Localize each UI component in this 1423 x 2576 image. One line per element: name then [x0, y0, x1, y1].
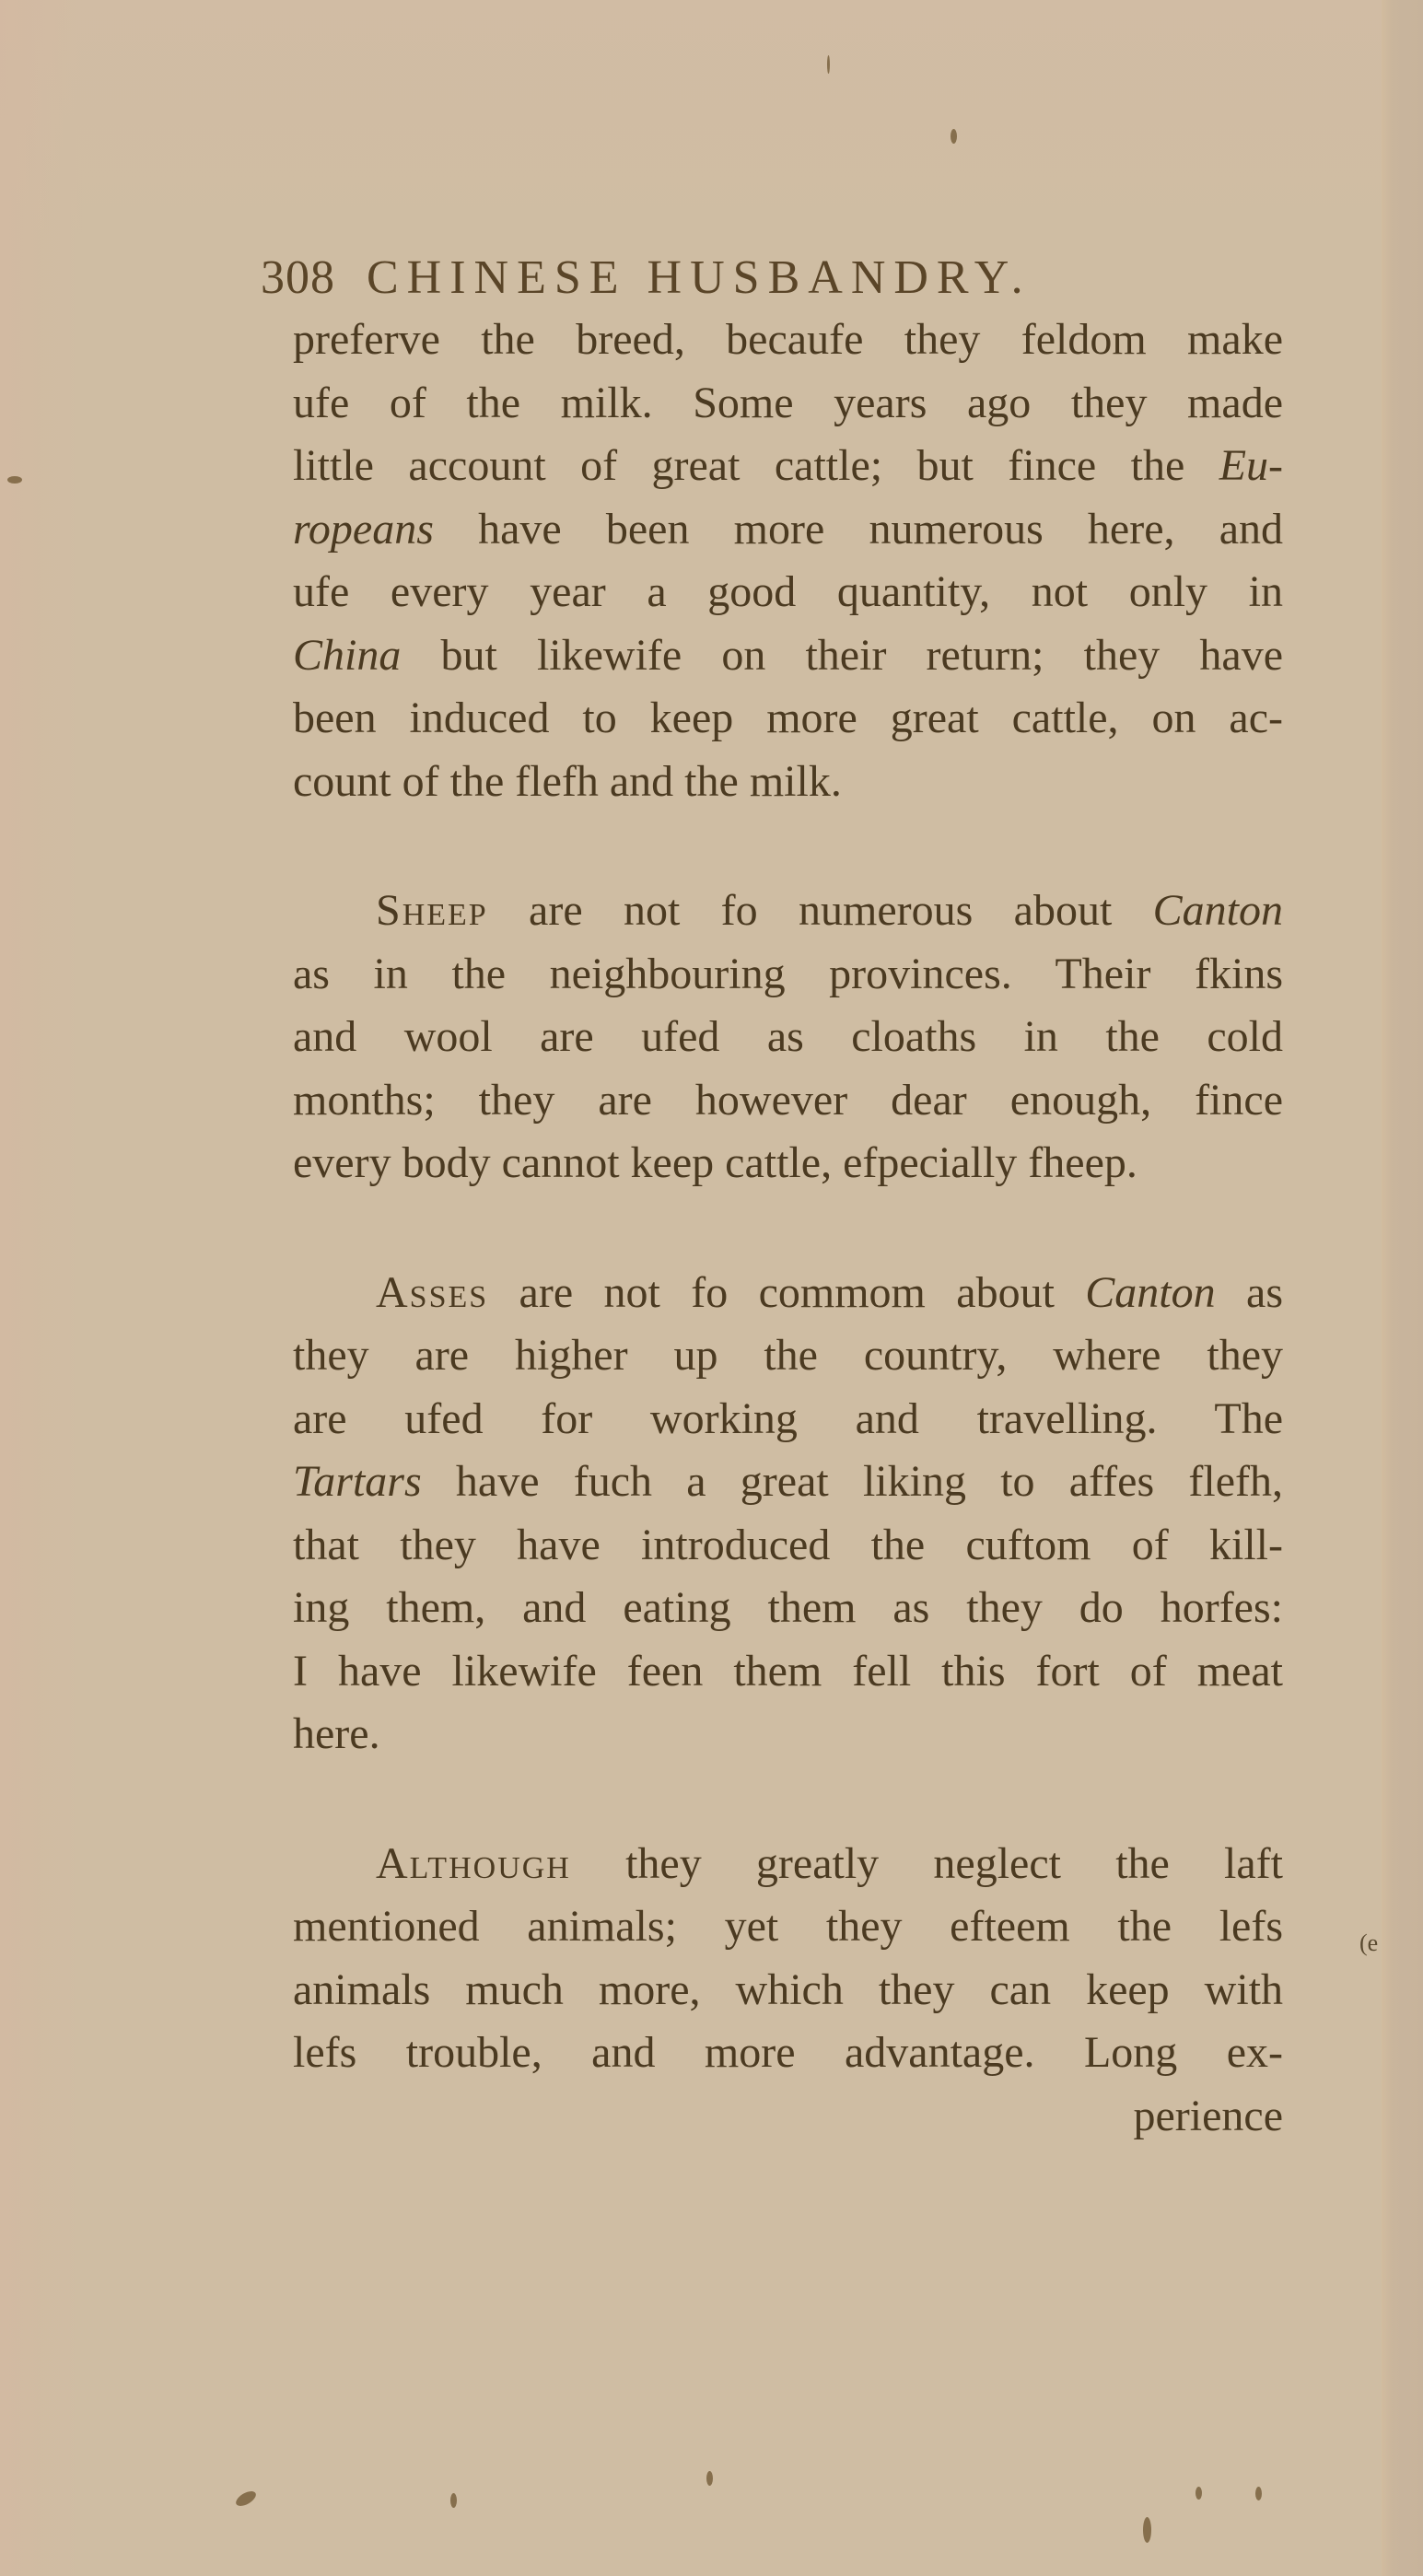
paper-speck — [234, 2489, 259, 2509]
text-line: lefs trouble, and more advantage. Long e… — [293, 2022, 1283, 2085]
text-line: little account of great cattle; but finc… — [293, 435, 1283, 498]
text-line: Sheep are not fo numerous about Canton — [293, 880, 1283, 943]
italic-term: Eu- — [1219, 441, 1283, 490]
small-caps-lead: Sheep — [376, 886, 488, 935]
text-line: ing them, and eating them as they do hor… — [293, 1577, 1283, 1640]
text-line: are ufed for working and travelling. The — [293, 1388, 1283, 1451]
paper-speck — [706, 2471, 713, 2486]
running-head-title: CHINESE HUSBANDRY. — [367, 251, 1032, 305]
text-line: animals much more, which they can keep w… — [293, 1959, 1283, 2022]
text-line: preferve the breed, becaufe they feldom … — [293, 309, 1283, 372]
italic-term: China — [293, 631, 401, 680]
paragraph-asses: Asses are not fo commom about Canton as … — [293, 1262, 1283, 1766]
italic-term: ropeans — [293, 505, 434, 554]
paper-speck — [7, 476, 22, 484]
running-head: 308 CHINESE HUSBANDRY. — [261, 251, 1032, 315]
italic-term: Canton — [1153, 886, 1283, 935]
catchword: perience — [293, 2085, 1283, 2149]
paper-speck — [450, 2493, 457, 2508]
text-line: as in the neighbouring provinces. Their … — [293, 943, 1283, 1007]
text-line: months; they are however dear enough, fi… — [293, 1069, 1283, 1133]
text-line: I have likewife feen them fell this fort… — [293, 1640, 1283, 1704]
paragraph-cattle: preferve the breed, becaufe they feldom … — [293, 309, 1283, 813]
text-line: count of the flefh and the milk. — [293, 751, 1283, 814]
book-page: 308 CHINESE HUSBANDRY. preferve the bree… — [0, 0, 1382, 2576]
text-line: ufe every year a good quantity, not only… — [293, 561, 1283, 624]
text-line: Tartars have fuch a great liking to affe… — [293, 1451, 1283, 1514]
text-line: they are higher up the country, where th… — [293, 1324, 1283, 1388]
page-number: 308 — [261, 251, 335, 305]
text-line: mentioned animals; yet they efteem the l… — [293, 1895, 1283, 1959]
paper-speck — [1255, 2487, 1262, 2500]
paper-speck — [1196, 2487, 1202, 2500]
small-caps-lead: Although — [376, 1839, 571, 1888]
paper-speck — [827, 55, 830, 74]
text-line: Asses are not fo commom about Canton as — [293, 1262, 1283, 1325]
text-line: that they have introduced the cuftom of … — [293, 1514, 1283, 1578]
text-line: ufe of the milk. Some years ago they mad… — [293, 372, 1283, 436]
small-caps-lead: Asses — [376, 1268, 488, 1317]
text-line: China but likewife on their return; they… — [293, 624, 1283, 688]
italic-term: Tartars — [293, 1457, 422, 1506]
text-line: been induced to keep more great cattle, … — [293, 687, 1283, 751]
paper-speck — [951, 129, 957, 144]
italic-term: Canton — [1085, 1268, 1215, 1317]
text-line: Although they greatly neglect the laft — [293, 1833, 1283, 1896]
text-line: every body cannot keep cattle, efpeciall… — [293, 1132, 1283, 1195]
text-line: here. — [293, 1703, 1283, 1766]
margin-mark: (e — [1359, 1929, 1378, 1957]
paper-speck — [1143, 2517, 1151, 2543]
text-line: and wool are ufed as cloaths in the cold — [293, 1006, 1283, 1069]
text-line: ropeans have been more numerous here, an… — [293, 498, 1283, 562]
body-text: preferve the breed, becaufe they feldom … — [293, 309, 1283, 2148]
paragraph-sheep: Sheep are not fo numerous about Canton a… — [293, 880, 1283, 1195]
page-edge — [1382, 0, 1423, 2576]
paragraph-although: Although they greatly neglect the laft m… — [293, 1833, 1283, 2149]
